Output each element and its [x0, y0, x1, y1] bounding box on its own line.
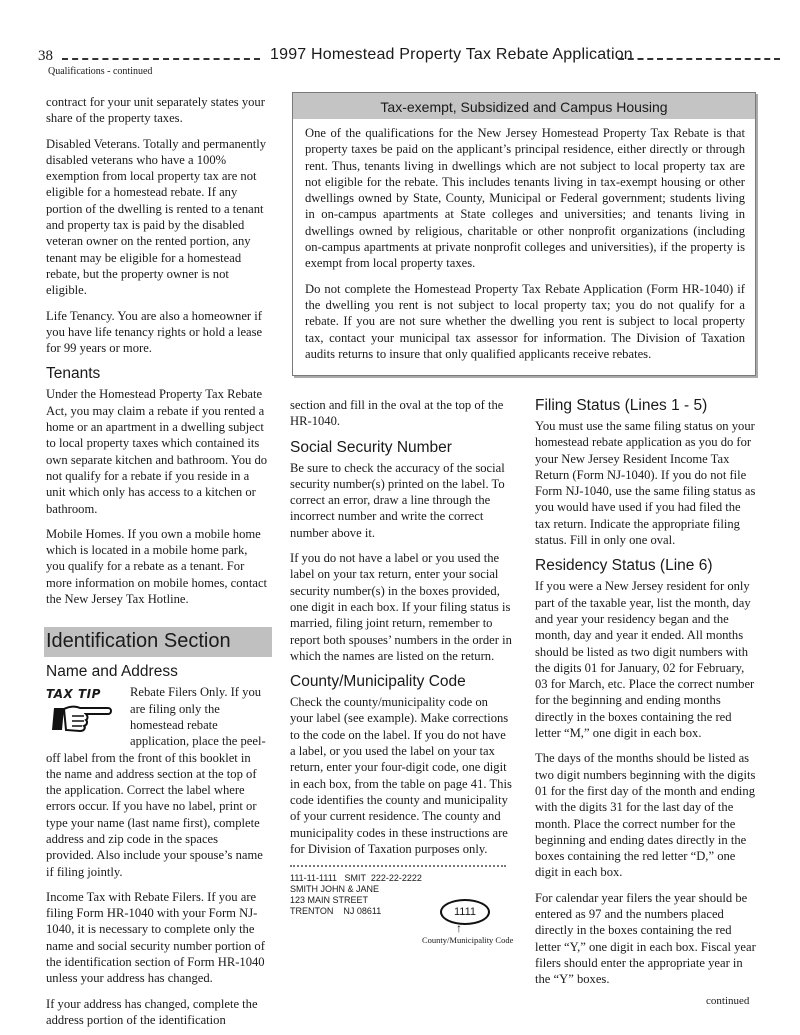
paragraph-county-code: Check the county/municipality code on yo…	[290, 694, 512, 857]
dotted-divider	[290, 865, 506, 867]
tax-exempt-housing-box: Tax-exempt, Subsidized and Campus Housin…	[292, 92, 756, 376]
paragraph-ssn-entry: If you do not have a label or you used t…	[290, 550, 512, 664]
tax-tip-badge: TAX TIP	[46, 686, 124, 736]
paragraph: contract for your unit separately states…	[46, 94, 268, 127]
heading-social-security-number: Social Security Number	[290, 439, 512, 457]
label-line: 111-11-1111 SMIT 222-22-2222	[290, 873, 512, 884]
heading-identification-section: Identification Section	[44, 627, 272, 657]
arrow-up-icon: ↑	[456, 923, 462, 934]
paragraph: section and fill in the oval at the top …	[290, 397, 512, 430]
county-code-oval: 1111	[440, 899, 490, 925]
page-number: 38	[38, 48, 53, 65]
heading-residency-status: Residency Status (Line 6)	[535, 557, 757, 575]
pointing-hand-icon	[52, 702, 114, 734]
sample-mailing-label: 111-11-1111 SMIT 222-22-2222 SMITH JOHN …	[290, 873, 512, 963]
label-line: SMITH JOHN & JANE	[290, 884, 512, 895]
county-code-caption: County/Municipality Code	[422, 935, 513, 946]
middle-column: section and fill in the oval at the top …	[290, 397, 512, 963]
paragraph-life-tenancy: Life Tenancy. You are also a homeowner i…	[46, 308, 268, 357]
right-column: Filing Status (Lines 1 - 5) You must use…	[535, 397, 757, 997]
left-column: contract for your unit separately states…	[46, 94, 268, 1035]
box-paragraph: One of the qualifications for the New Je…	[305, 125, 745, 272]
paragraph-filing-status: You must use the same filing status on y…	[535, 418, 757, 548]
paragraph-tenants: Under the Homestead Property Tax Rebate …	[46, 386, 268, 516]
header-dash-rule-left	[62, 58, 260, 60]
heading-tenants: Tenants	[46, 365, 268, 383]
box-paragraph: Do not complete the Homestead Property T…	[305, 281, 745, 362]
page-title: 1997 Homestead Property Tax Rebate Appli…	[270, 46, 633, 64]
paragraph-address-changed: If your address has changed, complete th…	[46, 996, 268, 1029]
tax-tip-label: TAX TIP	[46, 686, 124, 702]
heading-filing-status: Filing Status (Lines 1 - 5)	[535, 397, 757, 415]
paragraph-ssn-check: Be sure to check the accuracy of the soc…	[290, 460, 512, 541]
continued-note: continued	[706, 995, 749, 1007]
header-dash-rule-right	[618, 58, 780, 60]
paragraph-residency-year: For calendar year filers the year should…	[535, 890, 757, 988]
paragraph-mobile-homes: Mobile Homes. If you own a mobile home w…	[46, 526, 268, 607]
page-header: 38 1997 Homestead Property Tax Rebate Ap…	[38, 46, 778, 68]
paragraph-disabled-veterans: Disabled Veterans. Totally and permanent…	[46, 136, 268, 299]
box-title: Tax-exempt, Subsidized and Campus Housin…	[293, 93, 755, 119]
heading-name-and-address: Name and Address	[46, 663, 268, 681]
heading-county-municipality-code: County/Municipality Code	[290, 673, 512, 691]
section-subheader: Qualifications - continued	[48, 66, 152, 77]
paragraph-residency-months: If you were a New Jersey resident for on…	[535, 578, 757, 741]
paragraph-income-tax-filers: Income Tax with Rebate Filers. If you ar…	[46, 889, 268, 987]
paragraph-residency-days: The days of the months should be listed …	[535, 750, 757, 880]
